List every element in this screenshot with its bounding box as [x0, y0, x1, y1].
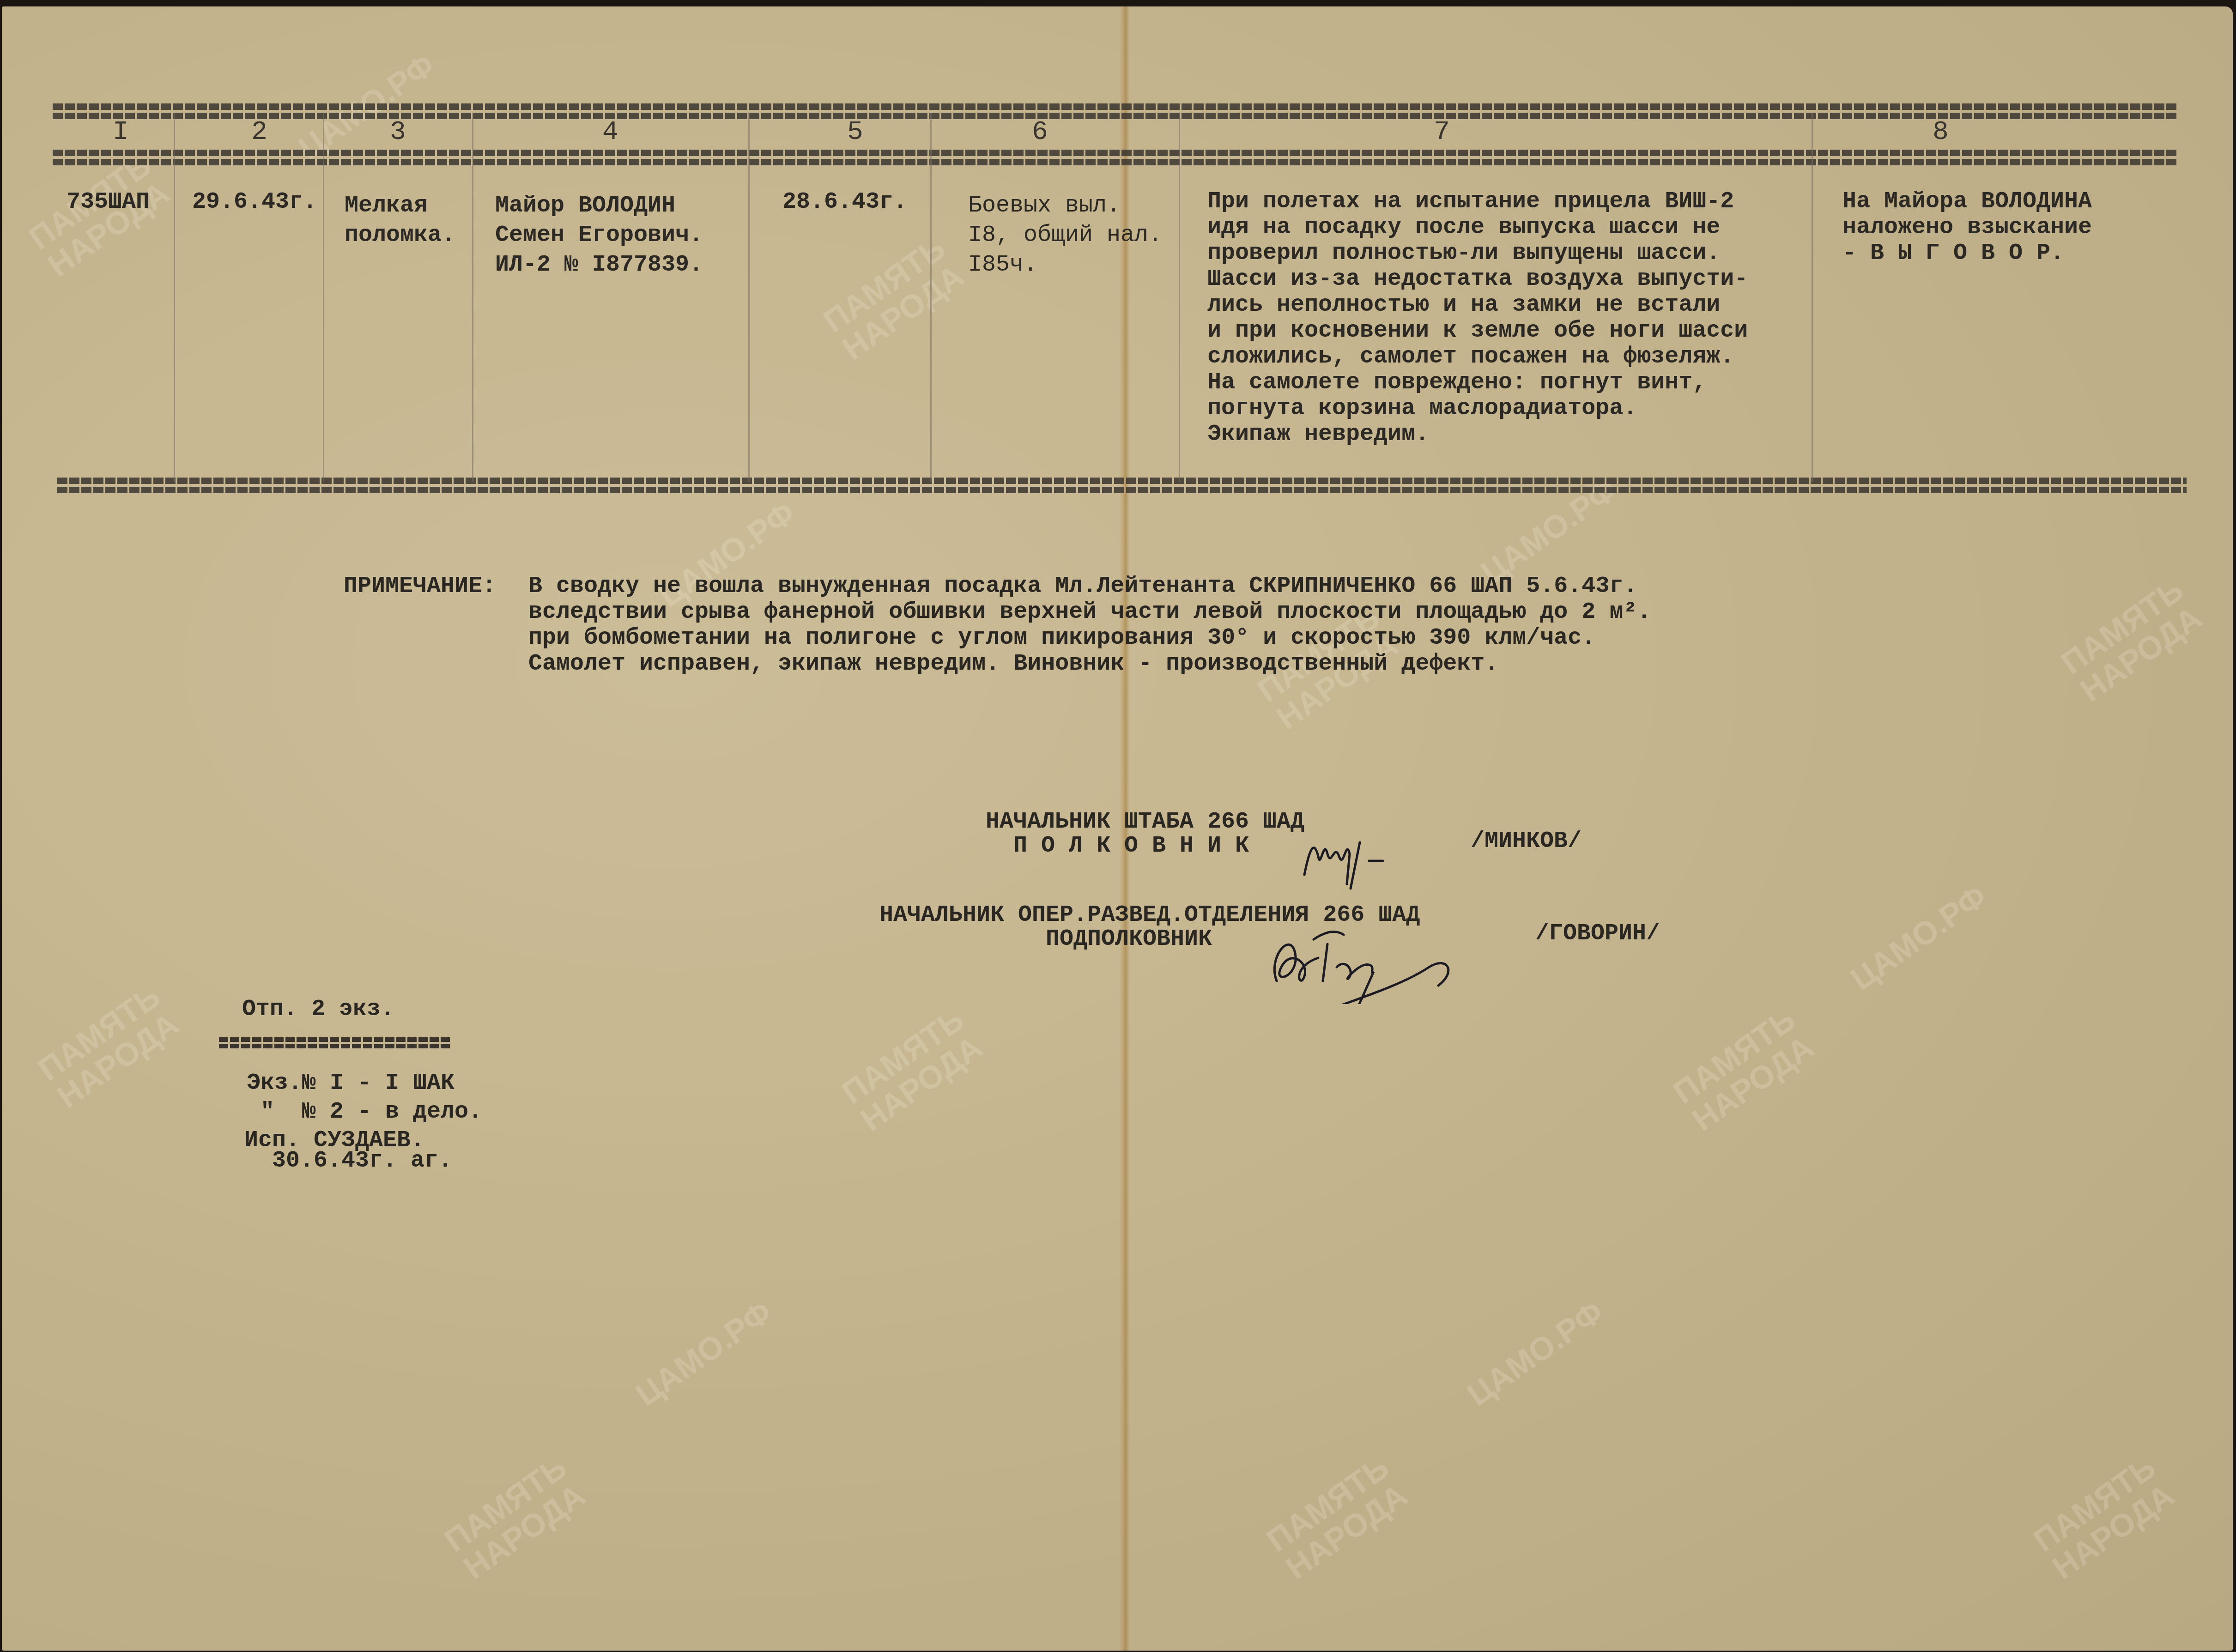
column-number: I	[113, 117, 129, 147]
column-divider	[748, 113, 750, 482]
watermark: ПАМЯТЬ НАРОДА	[2055, 573, 2208, 708]
column-divider	[323, 113, 324, 482]
signature-rank: ПОДПОЛКОВНИК	[1046, 926, 1212, 952]
watermark: ПАМЯТЬ НАРОДА	[1667, 1002, 1820, 1137]
distribution-line: 30.6.43г. аг.	[244, 1146, 452, 1176]
column-number: 6	[1032, 117, 1048, 147]
watermark: ПАМЯТЬ НАРОДА	[2028, 1450, 2180, 1585]
column-divider	[1179, 113, 1180, 482]
cell-description: При полетах на испытание прицела ВИШ-2 и…	[1207, 189, 1748, 448]
watermark: ПАМЯТЬ НАРОДА	[836, 1002, 988, 1137]
column-number: 4	[602, 117, 618, 147]
distribution-header: Отп. 2 экз.	[242, 995, 394, 1024]
note-label: ПРИМЕЧАНИЕ:	[344, 574, 496, 599]
cell-date: 29.6.43г.	[192, 188, 317, 217]
signature-rank: П О Л К О В Н И К	[1013, 833, 1249, 859]
cell-date-2: 28.6.43г.	[782, 188, 907, 217]
table-bottom-rule	[57, 478, 2187, 484]
handwritten-signature-icon	[1295, 810, 1406, 893]
cell-incident-type: Мелкая поломка.	[345, 191, 455, 250]
column-divider	[930, 113, 932, 482]
signature-name: /МИНКОВ/	[1471, 829, 1582, 854]
column-divider	[1812, 113, 1813, 482]
column-number: 7	[1434, 117, 1450, 147]
note-text: В сводку не вошла вынужденная посадка Мл…	[528, 574, 1651, 677]
column-divider	[472, 113, 473, 482]
watermark: ПАМЯТЬ НАРОДА	[439, 1450, 591, 1585]
cell-unit: 735ШАП	[67, 188, 150, 217]
column-number: 8	[1933, 117, 1949, 147]
column-divider	[174, 113, 175, 482]
distribution-line: Экз.№ I - I ШАК	[247, 1069, 454, 1098]
watermark: ПАМЯТЬ НАРОДА	[818, 231, 970, 366]
watermark: ПАМЯТЬ НАРОДА	[32, 979, 185, 1114]
watermark: ЦАМО.РФ	[1461, 1295, 1609, 1412]
column-number: 5	[847, 117, 863, 147]
distribution-line: " № 2 - в дело.	[247, 1097, 482, 1127]
watermark: ПАМЯТЬ НАРОДА	[1261, 1450, 1413, 1585]
watermark: ЦАМО.РФ	[1845, 879, 1992, 996]
watermark: ЦАМО.РФ	[630, 1295, 777, 1412]
table-header-rule	[53, 150, 2177, 156]
signature-name: /ГОВОРИН/	[1535, 921, 1660, 947]
column-number: 2	[251, 117, 267, 147]
handwritten-signature-icon	[1263, 912, 1475, 1004]
cell-flights: Боевых выл. I8, общий нал. I85ч.	[968, 191, 1162, 280]
table-top-rule	[53, 103, 2177, 110]
cell-pilot-aircraft: Майор ВОЛОДИН Семен Егорович. ИЛ-2 № I87…	[495, 191, 703, 280]
signature-title: НАЧАЛЬНИК ШТАБА 266 ШАД	[986, 809, 1304, 835]
column-number: 3	[390, 117, 406, 147]
cell-measures: На Майора ВОЛОДИНА наложено взыскание - …	[1842, 189, 2092, 266]
document-sheet: ПАМЯТЬ НАРОДА ЦАМО.РФ ПАМЯТЬ НАРОДА ЦАМО…	[2, 6, 2233, 1651]
distribution-rule	[219, 1037, 450, 1042]
